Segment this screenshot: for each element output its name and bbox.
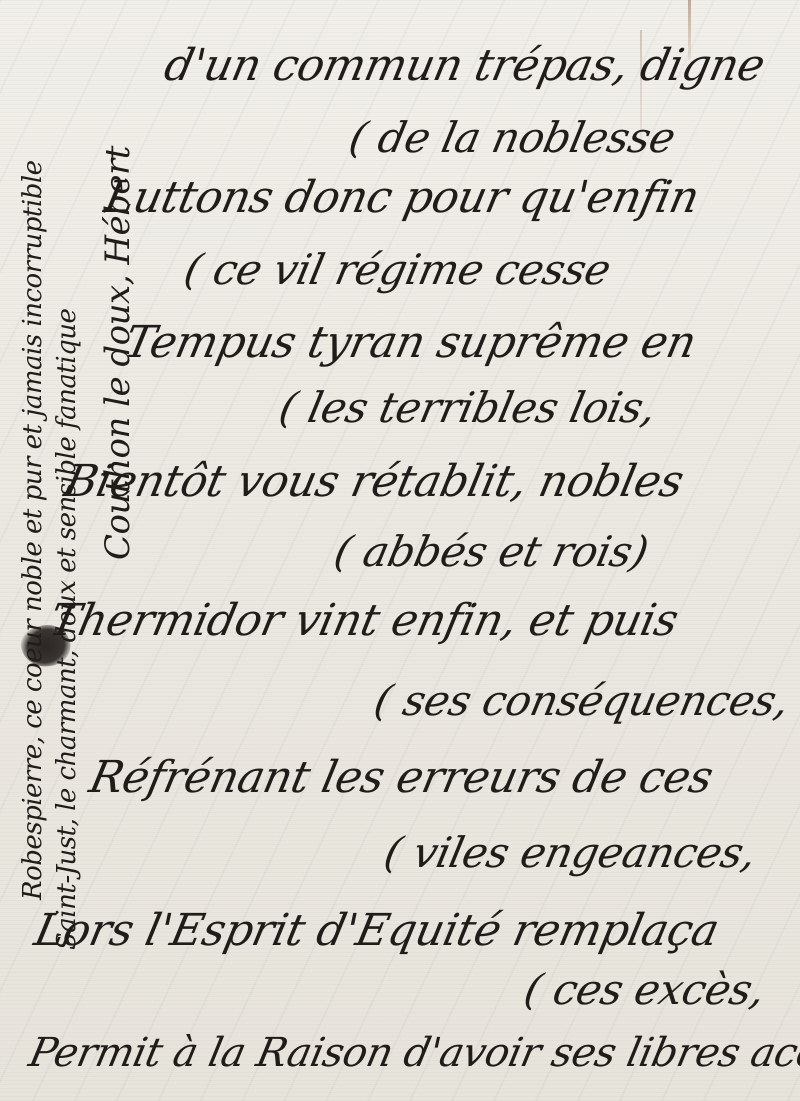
text-line: ( de la noblesse [345, 113, 680, 162]
text-line: Bientôt vous rétablit, nobles [60, 456, 688, 507]
text-line: ( ses conséquences, [370, 676, 793, 725]
text-line: Réfrénant les erreurs de ces [85, 752, 717, 803]
text-line: Tempus tyran suprême en [120, 317, 701, 368]
margin-note: Saint-Just, le charmant, doux et sensibl… [52, 309, 82, 950]
text-line: Thermidor vint enfin, et puis [45, 595, 682, 646]
text-line: Lors l'Esprit d'Equité remplaça [30, 905, 723, 956]
text-line: Luttons donc pour qu'enfin [100, 172, 703, 223]
margin-note: Robespierre, ce coeur noble et pur et ja… [18, 160, 48, 900]
text-line: ( viles engeances, [380, 828, 761, 877]
text-line: ( ce vil régime cesse [180, 245, 615, 294]
manuscript-page: d'un commun trépas, digne ( de la nobles… [0, 0, 800, 1101]
margin-note: Couthon le doux, Hébert [98, 146, 138, 560]
text-line: ( les terribles lois, [275, 383, 660, 432]
text-line: Permit à la Raison d'avoir ses libres ac… [25, 1030, 800, 1076]
text-line: ( ces excès, [520, 965, 769, 1014]
text-line: ( abbés et rois) [330, 527, 653, 576]
text-line: d'un commun trépas, digne [160, 40, 769, 91]
